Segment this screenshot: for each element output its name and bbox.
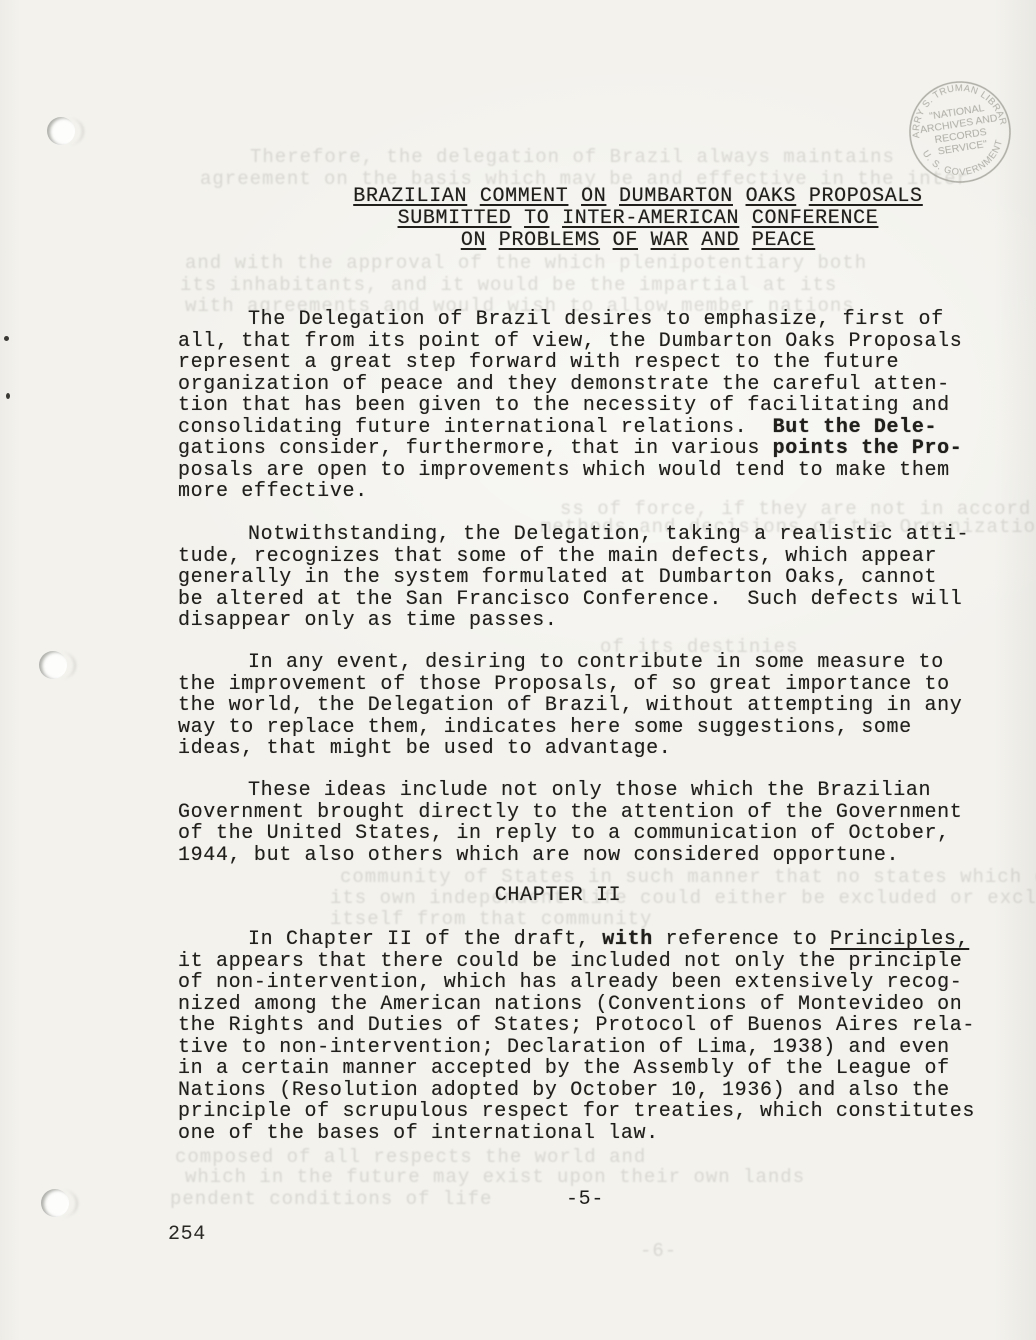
bleedthrough-text: and with the approval of the which pleni… (185, 252, 867, 274)
paragraph-1: The Delegation of Brazil desires to emph… (178, 309, 1018, 503)
ink-speck (4, 336, 9, 341)
punch-hole-top (47, 117, 75, 145)
bleedthrough-text: composed of all respects the world and (175, 1146, 646, 1168)
paragraph-3: In any event, desiring to contribute in … (178, 652, 1018, 760)
archive-number: 254 (168, 1223, 206, 1246)
scanned-document-page: Therefore, the delegation of Brazil alwa… (0, 0, 1036, 1340)
bleedthrough-text: itself from that community (330, 908, 652, 930)
punch-hole-bottom (41, 1189, 69, 1217)
bleedthrough-text: its inhabitants, and it would be the imp… (180, 274, 837, 296)
bleedthrough-text: which in the future may exist upon their… (185, 1166, 805, 1188)
title-line-3: ON PROBLEMS OF WAR AND PEACE (238, 230, 1036, 252)
chapter-heading: CHAPTER II (178, 884, 978, 907)
ink-speck (6, 393, 10, 399)
title-line-1: BRAZILIAN COMMENT ON DUMBARTON OAKS PROP… (238, 186, 1036, 208)
title-line-2: SUBMITTED TO INTER-AMERICAN CONFERENCE (238, 208, 1036, 230)
paragraph-2: Notwithstanding, the Delegation, taking … (178, 524, 1018, 632)
bleedthrough-text: Therefore, the delegation of Brazil alwa… (250, 146, 895, 168)
punch-hole-middle (39, 651, 67, 679)
bleedthrough-text: -6- (640, 1240, 677, 1262)
chapter-paragraph-1: In Chapter II of the draft, with referen… (178, 929, 1018, 1144)
page-number: -5- (178, 1188, 978, 1211)
document-title: BRAZILIAN COMMENT ON DUMBARTON OAKS PROP… (238, 186, 1036, 252)
paragraph-4: These ideas include not only those which… (178, 780, 1018, 866)
